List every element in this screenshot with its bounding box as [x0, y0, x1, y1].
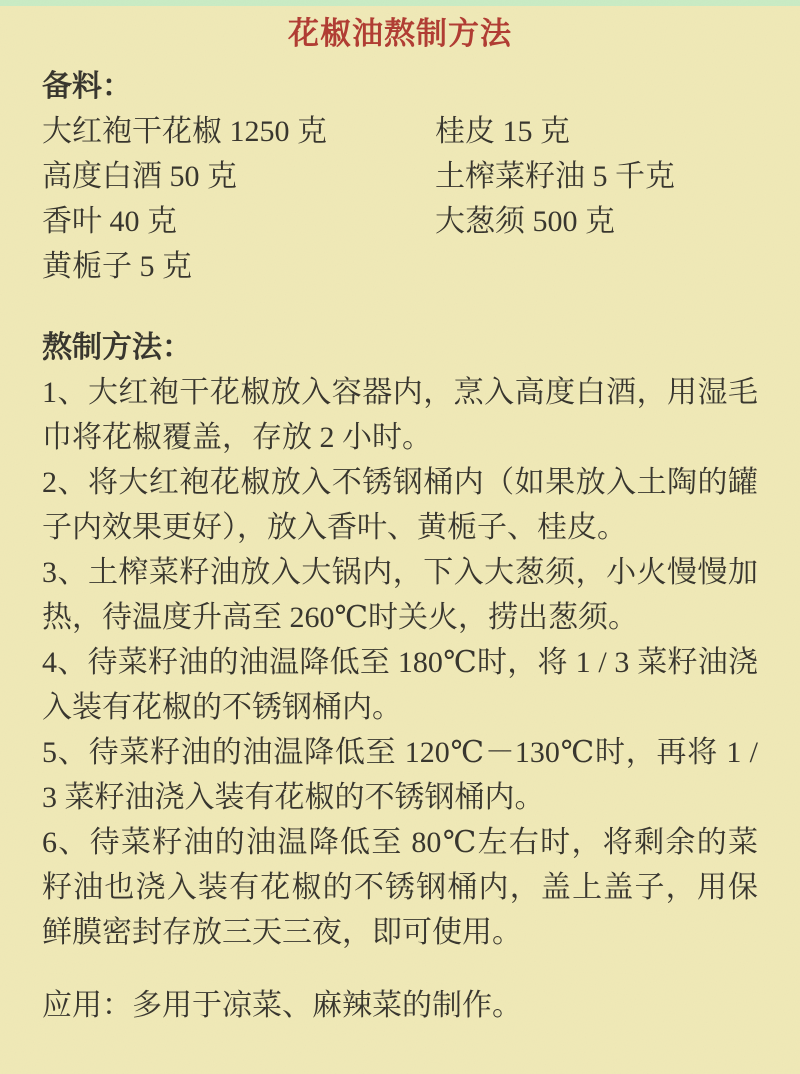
- method-step: 6、待菜籽油的油温降低至 80℃左右时，将剩余的菜籽油也浇入装有花椒的不锈钢桶内…: [42, 820, 758, 955]
- top-edge-strip: [0, 0, 800, 6]
- ingredient-item: 香叶 40 克: [42, 199, 435, 244]
- page-title: 花椒油熬制方法: [42, 14, 758, 54]
- ingredient-item: 桂皮 15 克: [435, 109, 758, 154]
- ingredient-item: 高度白酒 50 克: [42, 154, 435, 199]
- ingredient-item: 黄栀子 5 克: [42, 244, 435, 289]
- method-step: 4、待菜籽油的油温降低至 180℃时，将 1 / 3 菜籽油浇入装有花椒的不锈钢…: [42, 640, 758, 730]
- method-step: 1、大红袍干花椒放入容器内，烹入高度白酒，用湿毛巾将花椒覆盖，存放 2 小时。: [42, 370, 758, 460]
- method-step: 3、土榨菜籽油放入大锅内，下入大葱须，小火慢慢加热，待温度升高至 260℃时关火…: [42, 550, 758, 640]
- ingredients-heading: 备料：: [42, 64, 758, 109]
- application-note: 应用：多用于凉菜、麻辣菜的制作。: [42, 983, 758, 1028]
- method-heading: 熬制方法：: [42, 325, 758, 370]
- ingredient-item: 大红袍干花椒 1250 克: [42, 109, 435, 154]
- ingredient-item: 土榨菜籽油 5 千克: [435, 154, 758, 199]
- method-step: 2、将大红袍花椒放入不锈钢桶内（如果放入土陶的罐子内效果更好），放入香叶、黄栀子…: [42, 460, 758, 550]
- recipe-page: 花椒油熬制方法 备料： 大红袍干花椒 1250 克 桂皮 15 克 高度白酒 5…: [0, 0, 800, 1074]
- ingredients-grid: 大红袍干花椒 1250 克 桂皮 15 克 高度白酒 50 克 土榨菜籽油 5 …: [42, 109, 758, 289]
- method-step: 5、待菜籽油的油温降低至 120℃－130℃时，再将 1 / 3 菜籽油浇入装有…: [42, 730, 758, 820]
- ingredient-item: 大葱须 500 克: [435, 199, 758, 244]
